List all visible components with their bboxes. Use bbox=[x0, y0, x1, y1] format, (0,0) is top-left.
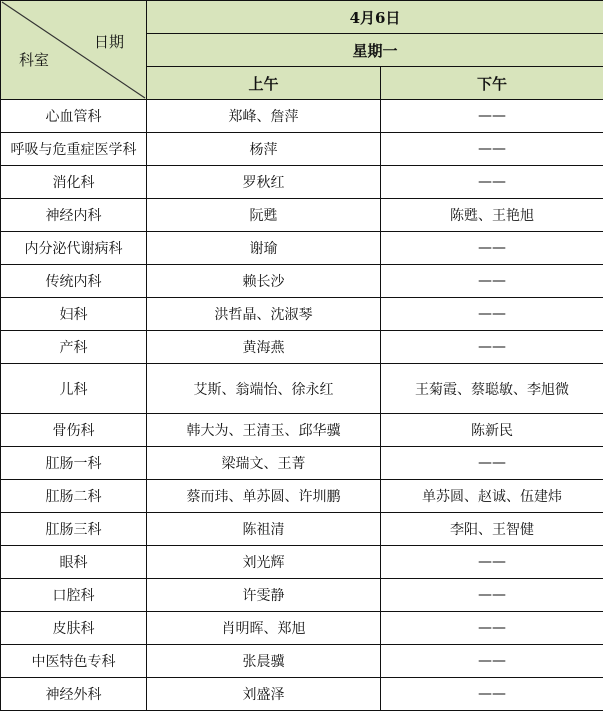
dept-cell: 呼吸与危重症医学科 bbox=[1, 133, 147, 166]
table-row: 神经内科阮甦陈甦、王艳旭 bbox=[1, 199, 603, 232]
table-row: 中医特色专科张晨骥—— bbox=[1, 645, 603, 678]
dept-cell: 肛肠三科 bbox=[1, 513, 147, 546]
dept-cell: 皮肤科 bbox=[1, 612, 147, 645]
afternoon-cell: 陈新民 bbox=[381, 414, 603, 447]
table-row: 呼吸与危重症医学科杨萍—— bbox=[1, 133, 603, 166]
table-row: 心血管科郑峰、詹萍—— bbox=[1, 100, 603, 133]
dept-cell: 神经内科 bbox=[1, 199, 147, 232]
dept-cell: 妇科 bbox=[1, 298, 147, 331]
morning-cell: 张晨骥 bbox=[147, 645, 381, 678]
afternoon-cell: —— bbox=[381, 678, 603, 711]
afternoon-header: 下午 bbox=[381, 67, 603, 100]
date-header: 4月6日 bbox=[147, 1, 603, 34]
morning-cell: 谢瑜 bbox=[147, 232, 381, 265]
table-row: 传统内科赖长沙—— bbox=[1, 265, 603, 298]
table-row: 儿科艾斯、翁端怡、徐永红王菊霞、蔡聪敏、李旭微 bbox=[1, 364, 603, 414]
afternoon-cell: —— bbox=[381, 331, 603, 364]
morning-cell: 洪哲晶、沈淑琴 bbox=[147, 298, 381, 331]
morning-cell: 蔡而玮、单苏圆、许圳鹏 bbox=[147, 480, 381, 513]
table-row: 骨伤科韩大为、王清玉、邱华骥陈新民 bbox=[1, 414, 603, 447]
table-row: 眼科刘光辉—— bbox=[1, 546, 603, 579]
morning-cell: 杨萍 bbox=[147, 133, 381, 166]
afternoon-cell: 陈甦、王艳旭 bbox=[381, 199, 603, 232]
corner-cell: 日期 科室 bbox=[1, 1, 147, 100]
dept-cell: 儿科 bbox=[1, 364, 147, 414]
afternoon-cell: —— bbox=[381, 133, 603, 166]
afternoon-cell: —— bbox=[381, 232, 603, 265]
morning-cell: 罗秋红 bbox=[147, 166, 381, 199]
afternoon-cell: —— bbox=[381, 447, 603, 480]
table-row: 消化科罗秋红—— bbox=[1, 166, 603, 199]
dept-cell: 神经外科 bbox=[1, 678, 147, 711]
afternoon-cell: —— bbox=[381, 166, 603, 199]
table-row: 神经外科刘盛泽—— bbox=[1, 678, 603, 711]
dept-cell: 口腔科 bbox=[1, 579, 147, 612]
morning-header: 上午 bbox=[147, 67, 381, 100]
dept-cell: 骨伤科 bbox=[1, 414, 147, 447]
dept-cell: 消化科 bbox=[1, 166, 147, 199]
weekday-header: 星期一 bbox=[147, 34, 603, 67]
table-row: 口腔科许雯静—— bbox=[1, 579, 603, 612]
morning-cell: 阮甦 bbox=[147, 199, 381, 232]
morning-cell: 许雯静 bbox=[147, 579, 381, 612]
table-row: 肛肠一科梁瑞文、王菁—— bbox=[1, 447, 603, 480]
afternoon-cell: —— bbox=[381, 265, 603, 298]
afternoon-cell: —— bbox=[381, 612, 603, 645]
dept-cell: 中医特色专科 bbox=[1, 645, 147, 678]
morning-cell: 赖长沙 bbox=[147, 265, 381, 298]
afternoon-cell: —— bbox=[381, 546, 603, 579]
afternoon-cell: —— bbox=[381, 645, 603, 678]
morning-cell: 刘光辉 bbox=[147, 546, 381, 579]
dept-cell: 传统内科 bbox=[1, 265, 147, 298]
morning-cell: 黄海燕 bbox=[147, 331, 381, 364]
afternoon-cell: —— bbox=[381, 579, 603, 612]
morning-cell: 梁瑞文、王菁 bbox=[147, 447, 381, 480]
dept-cell: 肛肠一科 bbox=[1, 447, 147, 480]
corner-dept-label: 科室 bbox=[19, 49, 49, 70]
table-row: 皮肤科肖明晖、郑旭—— bbox=[1, 612, 603, 645]
afternoon-cell: 王菊霞、蔡聪敏、李旭微 bbox=[381, 364, 603, 414]
morning-cell: 肖明晖、郑旭 bbox=[147, 612, 381, 645]
dept-cell: 内分泌代谢病科 bbox=[1, 232, 147, 265]
morning-cell: 郑峰、詹萍 bbox=[147, 100, 381, 133]
morning-cell: 韩大为、王清玉、邱华骥 bbox=[147, 414, 381, 447]
dept-cell: 产科 bbox=[1, 331, 147, 364]
table-row: 内分泌代谢病科谢瑜—— bbox=[1, 232, 603, 265]
dept-cell: 眼科 bbox=[1, 546, 147, 579]
afternoon-cell: 李阳、王智健 bbox=[381, 513, 603, 546]
dept-cell: 心血管科 bbox=[1, 100, 147, 133]
morning-cell: 刘盛泽 bbox=[147, 678, 381, 711]
afternoon-cell: 单苏圆、赵诚、伍建炜 bbox=[381, 480, 603, 513]
table-row: 妇科洪哲晶、沈淑琴—— bbox=[1, 298, 603, 331]
table-row: 产科黄海燕—— bbox=[1, 331, 603, 364]
afternoon-cell: —— bbox=[381, 100, 603, 133]
table-row: 肛肠三科陈祖清李阳、王智健 bbox=[1, 513, 603, 546]
table-row: 肛肠二科蔡而玮、单苏圆、许圳鹏单苏圆、赵诚、伍建炜 bbox=[1, 480, 603, 513]
morning-cell: 艾斯、翁端怡、徐永红 bbox=[147, 364, 381, 414]
corner-date-label: 日期 bbox=[94, 31, 124, 52]
morning-cell: 陈祖清 bbox=[147, 513, 381, 546]
dept-cell: 肛肠二科 bbox=[1, 480, 147, 513]
schedule-table: 日期 科室 4月6日 星期一 上午 下午 心血管科郑峰、詹萍——呼吸与危重症医学… bbox=[0, 0, 603, 711]
afternoon-cell: —— bbox=[381, 298, 603, 331]
header-row-date: 日期 科室 4月6日 bbox=[1, 1, 603, 34]
